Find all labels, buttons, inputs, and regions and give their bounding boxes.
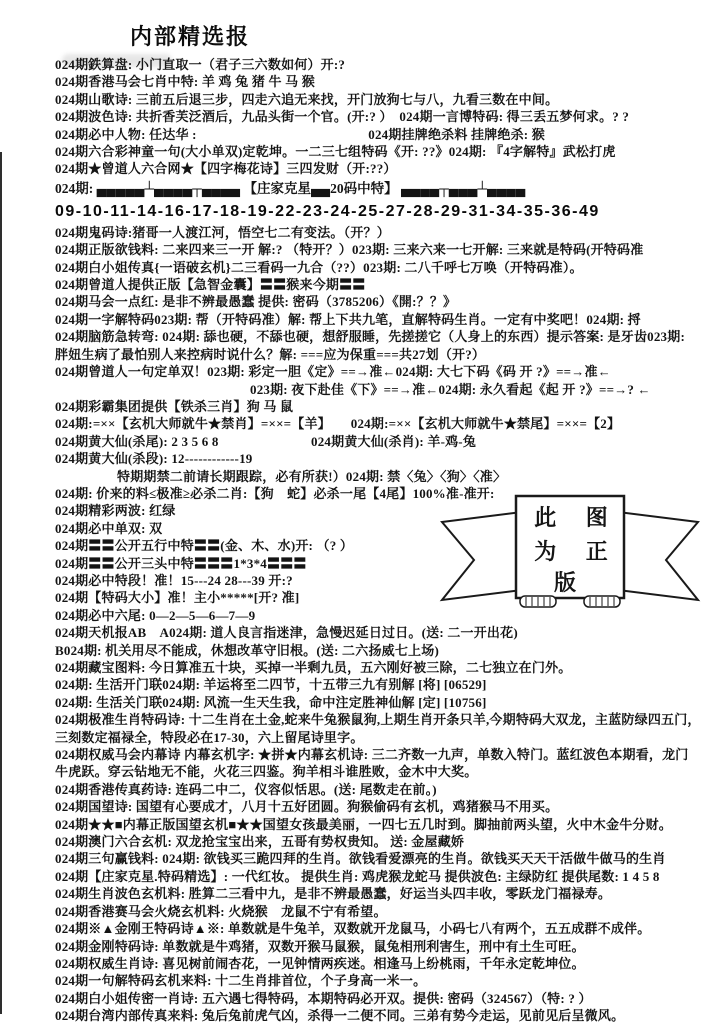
scanned-document-page: 内部精选报 024期鉄算盘: 小门直取一（君子三六数如何）开:?024期香港马会…: [0, 0, 726, 1024]
text-line: 024期: 生活开门联024期: 羊运将至二四节，十五带三九有别解 [将] [0…: [55, 676, 722, 693]
text-line: 09-10-11-14-16-17-18-19-22-23-24-25-27-2…: [55, 199, 722, 224]
text-line: 024期白小姐传密一肖诗: 五六遇七得特码，本期特码必开双。提供: 密码（324…: [55, 990, 722, 1007]
text-line: B024期: 机关用尽不能成，休想改革守旧根。(送: 二六扬威七上场): [55, 642, 722, 659]
text-line: 024期白小姐传真{一语破玄机}二三看码一九合（??）023期: 二八千呼七万唤…: [55, 259, 722, 276]
text-line: 024期曾道人提供正版【急智金囊】〓〓猴来今期〓〓: [55, 276, 722, 293]
text-line: 024期六合彩神童一句(大小单双)定乾坤。一二三七组特码《开: ??》024期:…: [55, 143, 722, 160]
text-line: 024期黄大仙(杀段): 12------------19: [55, 450, 722, 467]
text-line: 024期生肖波色玄机料: 胜算二三看中九，是非不辨最愚蠢，好运当头四丰收，零跃龙…: [55, 885, 722, 902]
text-line: 024期必中人物: 任达华 : 024期挂牌绝杀料 挂牌绝杀: 猴: [55, 126, 722, 143]
text-line: 024期权威马会内幕诗 内幕玄机字: ★拼★内幕玄机诗: 三二齐数一九声，单数入…: [55, 746, 722, 763]
text-line: 特期期禁二前请长期跟踪，必有所获!）024期: 禁〈兔〉〈狗〉〈准〉: [55, 468, 722, 485]
text-line: 024期极准生肖特码诗: 十二生肖在土金,蛇来牛兔猴鼠狗,上期生肖开条只羊,今期…: [55, 711, 722, 728]
ribbon-text-line1: 此 图: [522, 501, 620, 532]
text-line: 024期一句解特码玄机来料: 十二生肖排首位，个子身高一米一。: [55, 972, 722, 989]
text-line: 牛虎跃。穿云钻地无不能，火花三四鉴。狗羊相斗谁胜败，金木中大奖。: [55, 763, 722, 780]
authenticity-ribbon-banner: 此 图 为 正 版: [432, 490, 708, 624]
text-line: 024期波色诗: 共折香芙泛酒后，九品头街一个官。(开:? ） 024期一言博特…: [55, 108, 722, 125]
ribbon-text-line2: 为 正 版: [518, 535, 624, 597]
scan-edge-line: [0, 152, 2, 1014]
text-line: 024期鉄算盘: 小门直取一（君子三六数如何）开:?: [55, 56, 722, 73]
text-line: 024期香港赛马会火烧玄机料: 火烧猴 龙鼠不宁有希望。: [55, 903, 722, 920]
text-line: 024期黄大仙(杀尾): 2 3 5 6 8 024期黄大仙(杀肖): 羊-鸡-…: [55, 433, 722, 450]
text-line: 三刻数定福禄全，特段必在17-30，六上留尾诗里字。: [55, 729, 722, 746]
text-line: 024期澳门六合玄机: 双龙抢宝宝出来，五哥有势权贵知。 送: 金屋藏娇: [55, 833, 722, 850]
page-title: 内部精选报: [130, 20, 250, 51]
text-line: 024期曾道人一句定单双！023期: 彩定一胆《定》==→准←024期: 大七下…: [55, 363, 722, 380]
text-line: 024期国望诗: 国望有心要成才，八月十五好团圆。狗猴偷码有玄机，鸡猪猴马不用买…: [55, 798, 722, 815]
text-line: 024期三句赢钱料: 024期: 欲钱买三跪四拜的生肖。欲钱看爱漂亮的生肖。欲钱…: [55, 850, 722, 867]
text-line: 024期藏宝图料: 今日算准五十块，买掉一半剩九员，五六刚好被三除，二七独立在门…: [55, 659, 722, 676]
text-line: 024期香港马会七肖中特: 羊 鸡 兔 猪 牛 马 猴: [55, 73, 722, 90]
text-line: 023期: 夜下赴佳《下》==→准←024期: 永久看起《起 开 ?》==→? …: [55, 381, 722, 398]
text-line: 024期山歌诗: 三前五后退三步，四走六追无来找，开门放狗七与八，九看三数在中间…: [55, 91, 722, 108]
text-line: 024期【庄家克星.特码精选】: 一代红妆。 提供生肖: 鸡虎猴龙蛇马 提供波色…: [55, 868, 722, 885]
text-line: 024期马会一点红: 是非不辨最愚蠢 提供: 密码（3785206）《開:？？》: [55, 293, 722, 310]
text-line: 024期★★■内幕正版国望玄机■★★国望女孩最美丽，一四七五几时到。脚抽前两头望…: [55, 816, 722, 833]
text-line: 024期★曾道人六合网★【四字梅花诗】三四发财（开:??）: [55, 160, 722, 177]
text-line: 024期天机报AB A024期: 道人良言指迷津，急慢迟延日过日。(送: 二一开…: [55, 624, 722, 641]
text-line: 024期: 生活关门联024期: 风流一生天生我，命中注定胜神仙解 [定] [1…: [55, 694, 722, 711]
text-line: 024期:=××【玄机大师就牛★禁肖】=××=【羊】 024期:=××【玄机大师…: [55, 415, 722, 432]
text-line: 024期※▲金刚王特码诗▲※: 单数就是牛兔羊，双数就开龙鼠马，小码七八有两个，…: [55, 920, 722, 937]
text-line: 024期: ▄▄▄▄▄┴▄▄▄▄┬▄▄▄▄ 【庄家克星▄▄20码中特】 ▄▄▄▄…: [55, 178, 722, 199]
text-line: 胖妞生病了最怕别人来控病时说什么？解: ===应为保重===共27划（开?）: [55, 346, 722, 363]
text-line: 024期香港传真药诗: 连码二中二，仪容似恬思。(送: 尾数走在前。): [55, 781, 722, 798]
text-line: 024期一字解特码023期: 帮（开特码准）解: 帮上下共九笔，直解特码生肖。一…: [55, 311, 722, 328]
text-line: 024期鬼码诗:猪哥一人渡江河，悟空七二有变法。（开？）: [55, 224, 722, 241]
text-line: 024期脑筋急转弯: 024期: 舔也硬，不舔也硬，想舒服睡，先搓搓它（人身上的…: [55, 328, 722, 345]
ribbon-text: 此 图 为 正 版: [518, 500, 624, 598]
text-line: 024期彩霸集团提供【铁杀三肖】狗 马 鼠: [55, 398, 722, 415]
text-line: 024期权威生肖诗: 喜见树前闹杏花，一见钟情两疾迷。相逢马上纷桃雨，千年永定乾…: [55, 955, 722, 972]
text-line: 024期正版欲钱料: 二来四来三一开 解:? （特开？）023期: 三来六来一七…: [55, 241, 722, 258]
text-line: 024期台湾内部传真来料: 兔后兔前虎气凶，杀得一二便不同。三弟有势今走运，见前…: [55, 1007, 722, 1024]
text-line: 024期金刚特码诗: 单数就是牛鸡猪，双数开猴马鼠猴，鼠兔相刑利害生，刑中有土生…: [55, 938, 722, 955]
